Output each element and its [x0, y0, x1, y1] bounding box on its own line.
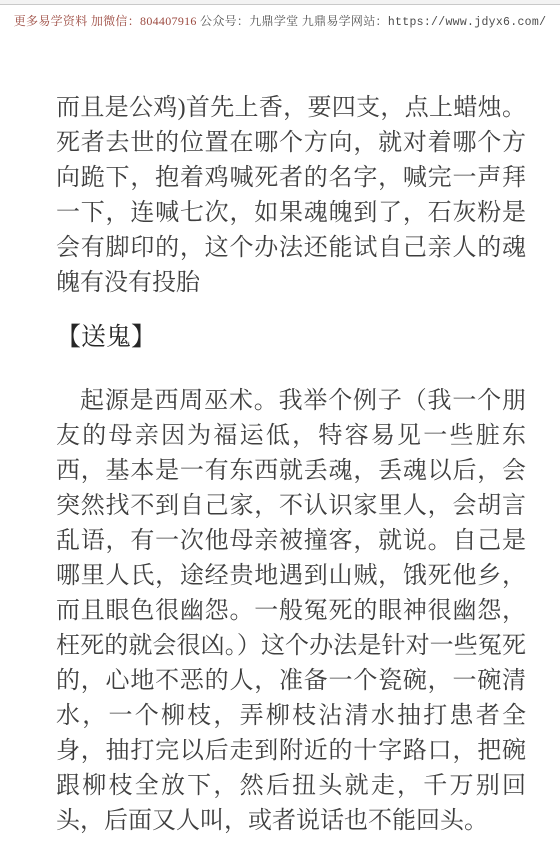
paragraph-1: 而且是公鸡)首先上香，要四支，点上蜡烛。死者去世的位置在哪个方向，就对着哪个方向…: [56, 91, 526, 301]
page-top-border: [0, 0, 560, 5]
watermark-promo-text: 更多易学资料 加微信：804407916: [14, 14, 197, 28]
paragraph-2: 起源是西周巫术。我举个例子（我一个朋友的母亲因为福运低，特容易见一些脏东西，基本…: [56, 384, 526, 839]
section-heading: 【送鬼】: [56, 320, 526, 355]
document-body: 而且是公鸡)首先上香，要四支，点上蜡烛。死者去世的位置在哪个方向，就对着哪个方向…: [56, 91, 526, 839]
watermark-site-url: https://www.jdyx6.com/: [388, 16, 546, 29]
watermark-header: 更多易学资料 加微信：804407916 公众号：九鼎学堂 九鼎易学网站：htt…: [0, 13, 560, 31]
watermark-channel-text: 公众号：九鼎学堂 九鼎易学网站：: [197, 14, 388, 28]
